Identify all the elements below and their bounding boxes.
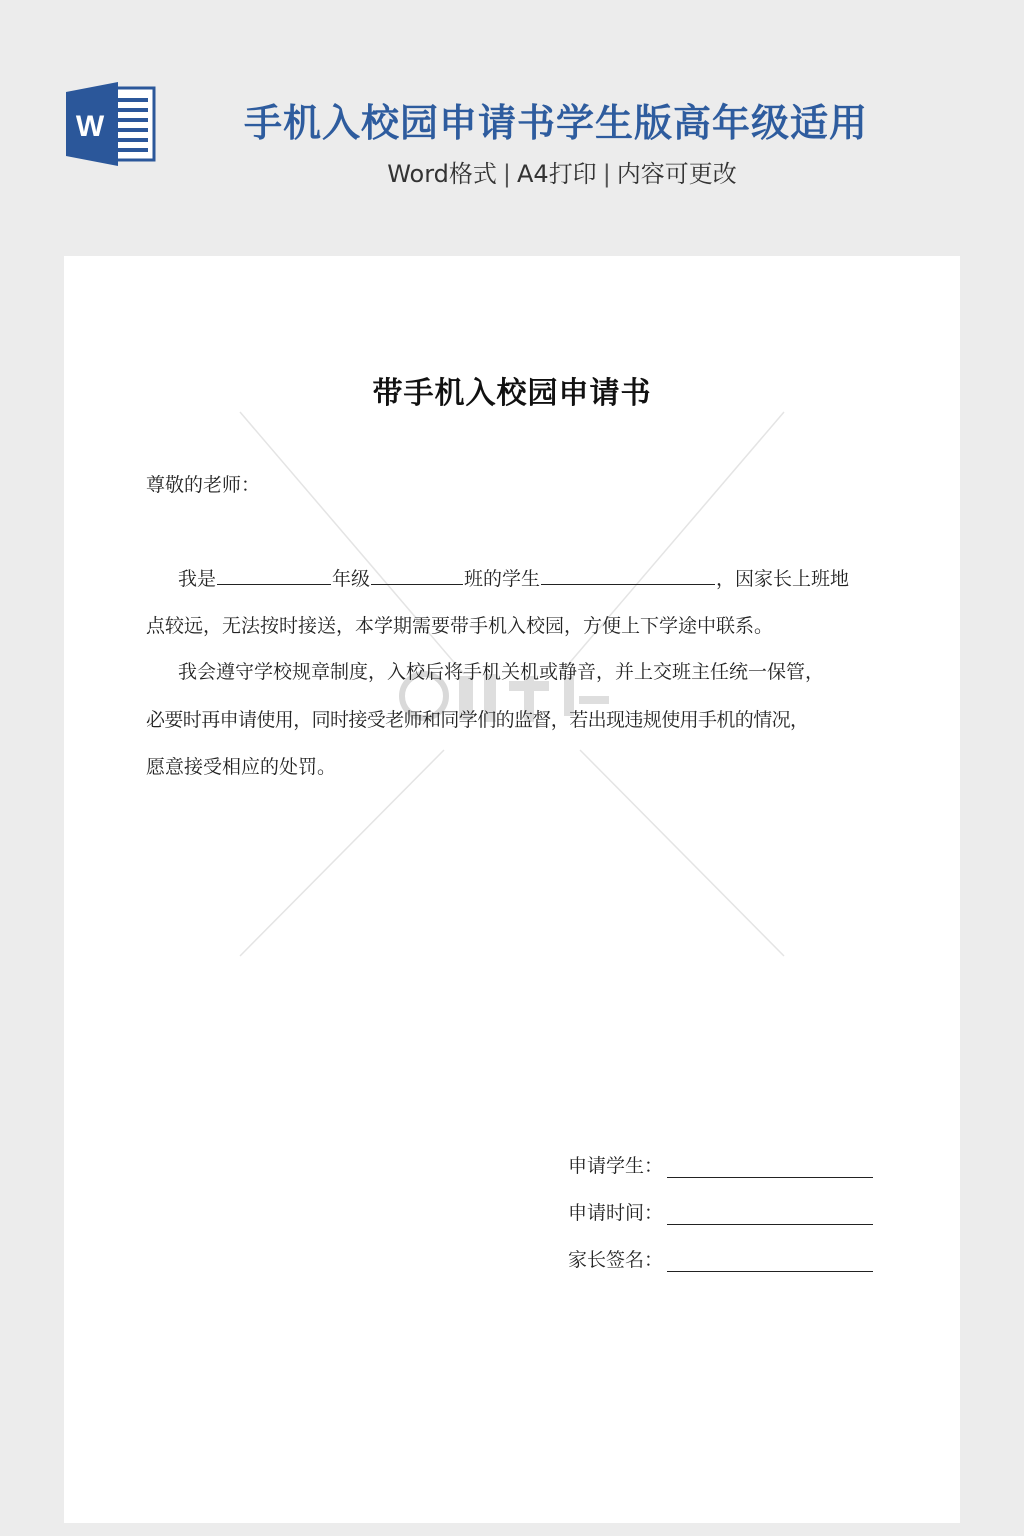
subtitle-format: Word格式 — [387, 160, 497, 188]
paragraph-1-line-2: 点较远，无法按时接送，本学期需要带手机入校园，方便上下学途中联系。 — [146, 611, 880, 638]
watermark — [64, 256, 960, 1523]
signature-parent-row: 家长签名： — [568, 1245, 873, 1272]
subtitle-editable: 内容可更改 — [617, 160, 737, 188]
signature-student-row: 申请学生： — [568, 1151, 873, 1178]
paragraph-2-line-2: 必要时再申请使用，同时接受老师和同学们的监督，若出现违规使用手机的情况， — [146, 705, 880, 732]
student-name-blank[interactable] — [541, 566, 715, 585]
subtitle-print: A4打印 — [517, 160, 597, 188]
class-blank[interactable] — [371, 566, 463, 585]
svg-text:W: W — [76, 110, 105, 143]
date-label: 申请时间： — [568, 1198, 663, 1225]
paragraph-2-line-1: 我会遵守学校规章制度，入校后将手机关机或静音，并上交班主任统一保管， — [146, 657, 912, 684]
student-signature-field[interactable] — [667, 1159, 873, 1178]
text-grade: 年级 — [332, 568, 370, 590]
word-icon: W — [64, 82, 156, 166]
paragraph-1-line-1: 我是年级班的学生，因家长上班地 — [146, 564, 912, 591]
paragraph-2-line-3: 愿意接受相应的处罚。 — [146, 752, 880, 779]
page-title: 手机入校园申请书学生版高年级适用 — [236, 92, 876, 147]
page-subtitle: Word格式|A4打印|内容可更改 — [300, 154, 824, 189]
date-field[interactable] — [667, 1206, 873, 1225]
student-label: 申请学生： — [568, 1151, 663, 1178]
signature-date-row: 申请时间： — [568, 1198, 873, 1225]
separator: | — [503, 160, 511, 188]
text-prefix: 我是 — [178, 568, 216, 590]
salutation: 尊敬的老师： — [146, 470, 260, 497]
parent-label: 家长签名： — [568, 1245, 663, 1272]
document-page: 带手机入校园申请书 尊敬的老师： 我是年级班的学生，因家长上班地 点较远，无法按… — [64, 256, 960, 1523]
text-student: 班的学生 — [464, 568, 540, 590]
separator: | — [603, 160, 611, 188]
grade-blank[interactable] — [217, 566, 331, 585]
document-title: 带手机入校园申请书 — [64, 368, 960, 412]
parent-signature-field[interactable] — [667, 1253, 873, 1272]
text-reason: ，因家长上班地 — [716, 568, 849, 590]
